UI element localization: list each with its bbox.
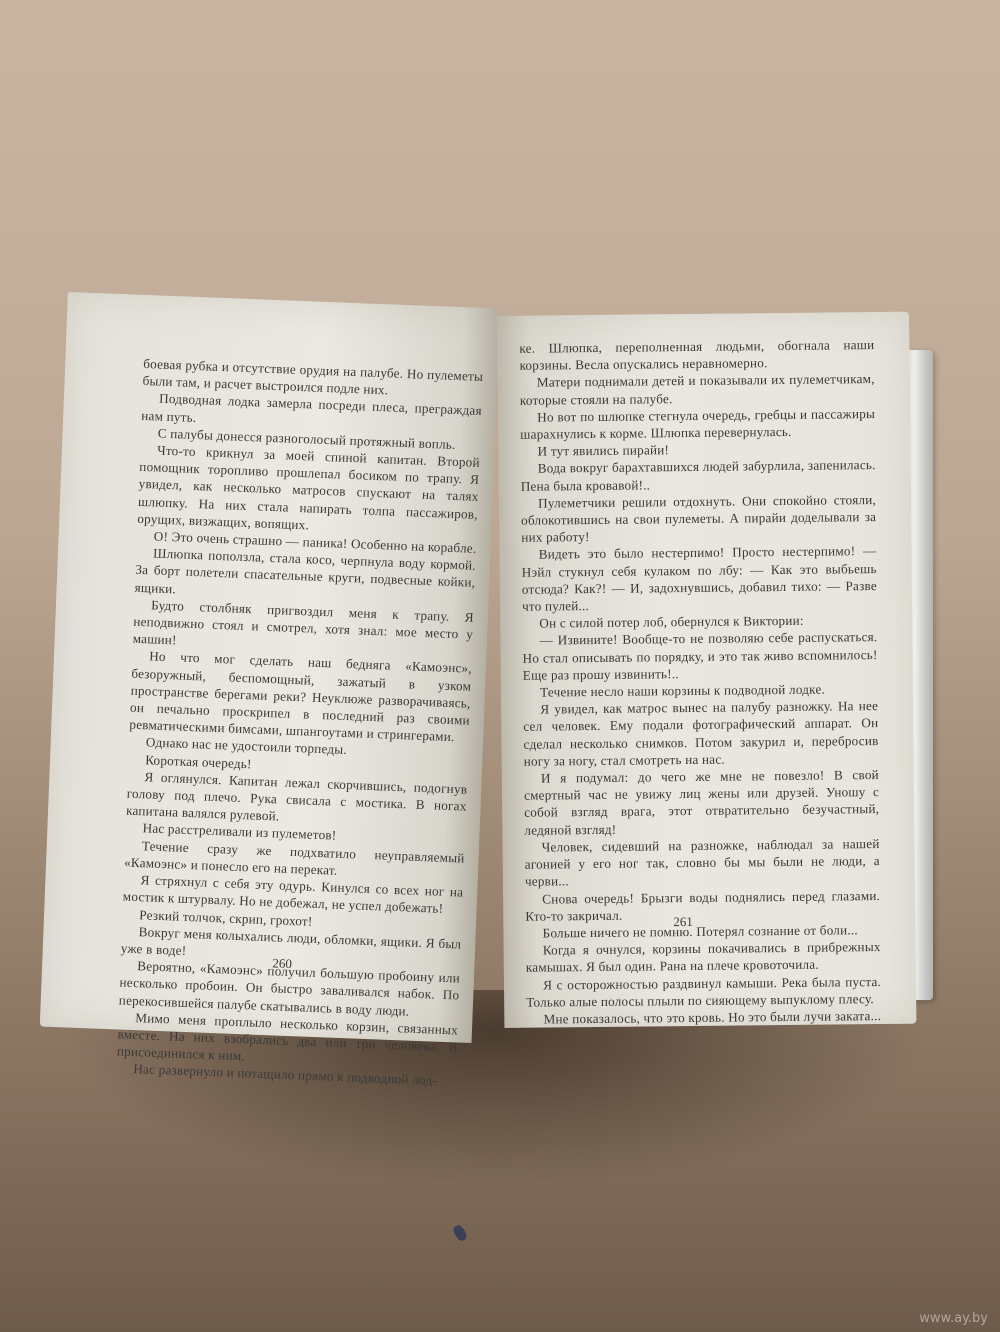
paragraph: — Извините! Вообще-то не позволяю себе р…	[522, 628, 878, 683]
paragraph: Я с осторожностью раздвинул камыши. Река…	[526, 973, 881, 1011]
left-page: боевая рубка и отсутствие орудия на палу…	[40, 292, 500, 1043]
right-page: ке. Шлюпка, переполненная людьми, обогна…	[497, 312, 916, 1028]
paragraph: Снова очередь! Брызги воды поднялись пер…	[525, 887, 880, 925]
paragraph: Когда я очнулся, корзины покачивались в …	[526, 938, 881, 976]
paragraph: ке. Шлюпка, переполненная людьми, обогна…	[519, 336, 874, 374]
paragraph: Но вот по шлюпке стегнула очередь, гребц…	[520, 405, 875, 443]
watermark: www.ay.by	[919, 1311, 988, 1326]
photo-scene: боевая рубка и отсутствие орудия на палу…	[0, 0, 1000, 1332]
paragraph: Матери поднимали детей и показывали их п…	[520, 370, 875, 408]
paragraph: Видеть это было нестерпимо! Просто несте…	[521, 542, 877, 615]
right-page-text: ке. Шлюпка, переполненная людьми, обогна…	[519, 336, 881, 1028]
paragraph: И я подумал: до чего же мне не повезло! …	[524, 766, 880, 839]
table-stain	[452, 1224, 469, 1243]
paragraph: Но что мог сделать наш бедняга «Камоэнс»…	[129, 647, 472, 746]
paragraph: Что-то крикнул за моей спиной капитан. В…	[137, 441, 480, 540]
right-page-number: 261	[673, 914, 693, 930]
left-page-number: 260	[272, 955, 292, 972]
paragraph: Я увидел, как матрос вынес на палубу раз…	[523, 697, 879, 770]
left-page-text: боевая рубка и отсутствие орудия на палу…	[116, 355, 483, 1090]
paragraph: Вода вокруг барахтавшихся людей забурлил…	[521, 456, 876, 494]
paragraph: Пулеметчики решили отдохнуть. Они спокой…	[521, 491, 877, 546]
paragraph: Человек, сидевший на разножке, наблюдал …	[524, 835, 880, 890]
